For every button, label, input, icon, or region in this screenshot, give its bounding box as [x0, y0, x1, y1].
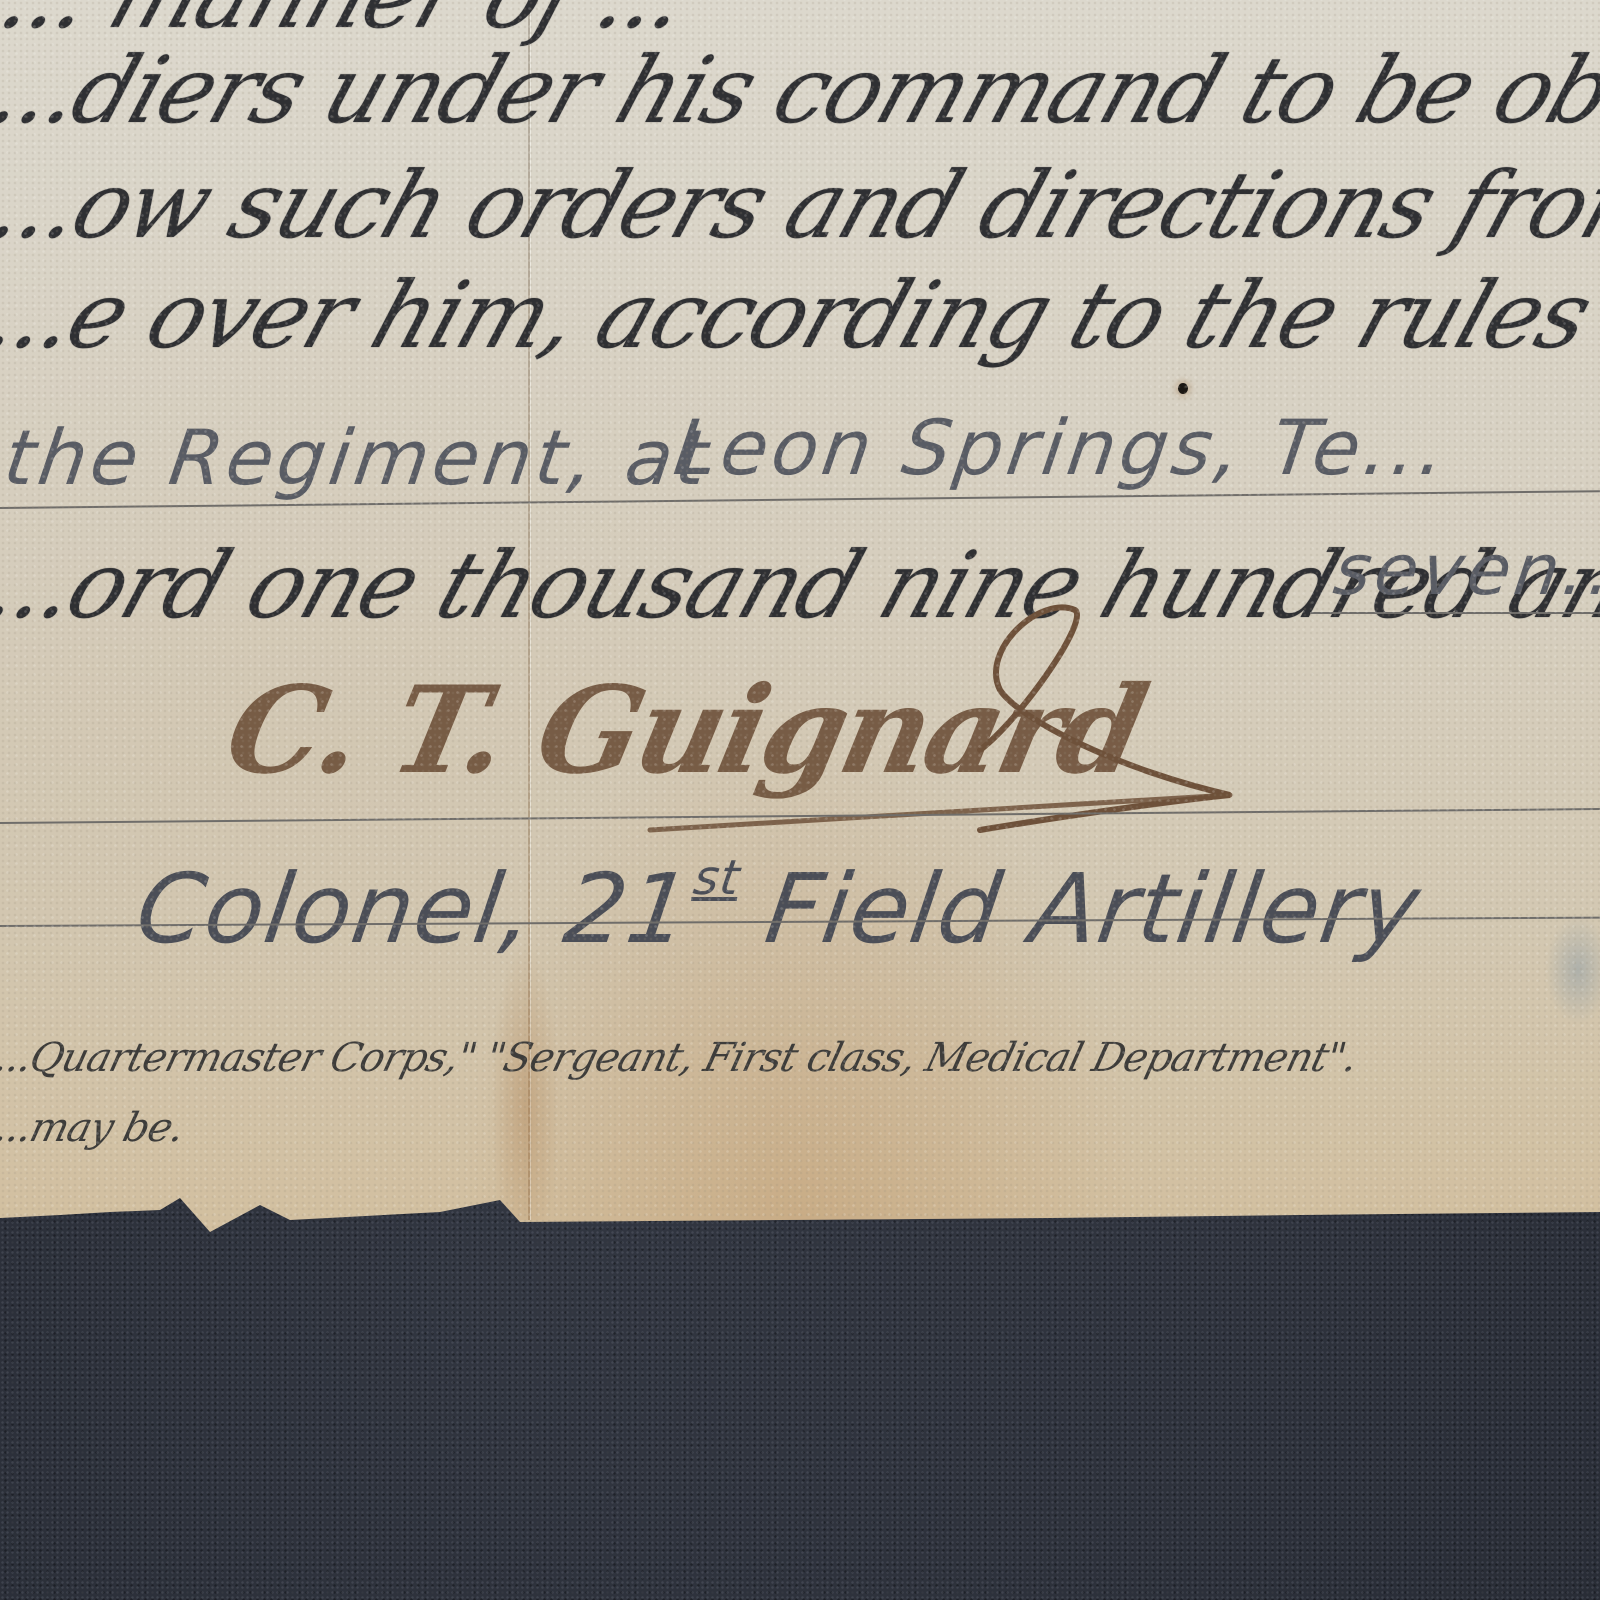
signer-title-unit: Field Artillery — [759, 853, 1427, 965]
footnote-line-1: ...Quartermaster Corps," "Sergeant, Firs… — [0, 1035, 1362, 1081]
signer-title-prefix: Colonel, 21 — [130, 853, 698, 965]
footnote-line-2: ...may be. — [0, 1105, 189, 1151]
place-prefix: the Regiment, at — [0, 420, 716, 496]
engraved-line-1: ... manner of ... — [0, 0, 698, 42]
signer-title-ordinal: st — [690, 850, 744, 906]
engraved-line-4: ...e over him, according to the rules an… — [0, 270, 1600, 362]
felt-background — [0, 1180, 1600, 1600]
engraved-line-2: ...diers under his command to be obedien… — [0, 45, 1600, 137]
document-paper: ... manner of ... ...diers under his com… — [0, 0, 1600, 1232]
signer-title: Colonel, 21st Field Artillery — [130, 850, 1428, 965]
engraved-line-3: ...ow such orders and directions from ti… — [0, 160, 1600, 252]
date-value: seven... — [1330, 535, 1600, 605]
pinhole — [1178, 383, 1188, 394]
date-rule — [1310, 612, 1600, 614]
place-value: Leon Springs, Te... — [670, 410, 1454, 486]
photo-scene: ... manner of ... ...diers under his com… — [0, 0, 1600, 1600]
ink-smudge — [1545, 915, 1600, 1025]
signature: C. T. Guignard — [215, 660, 1155, 801]
